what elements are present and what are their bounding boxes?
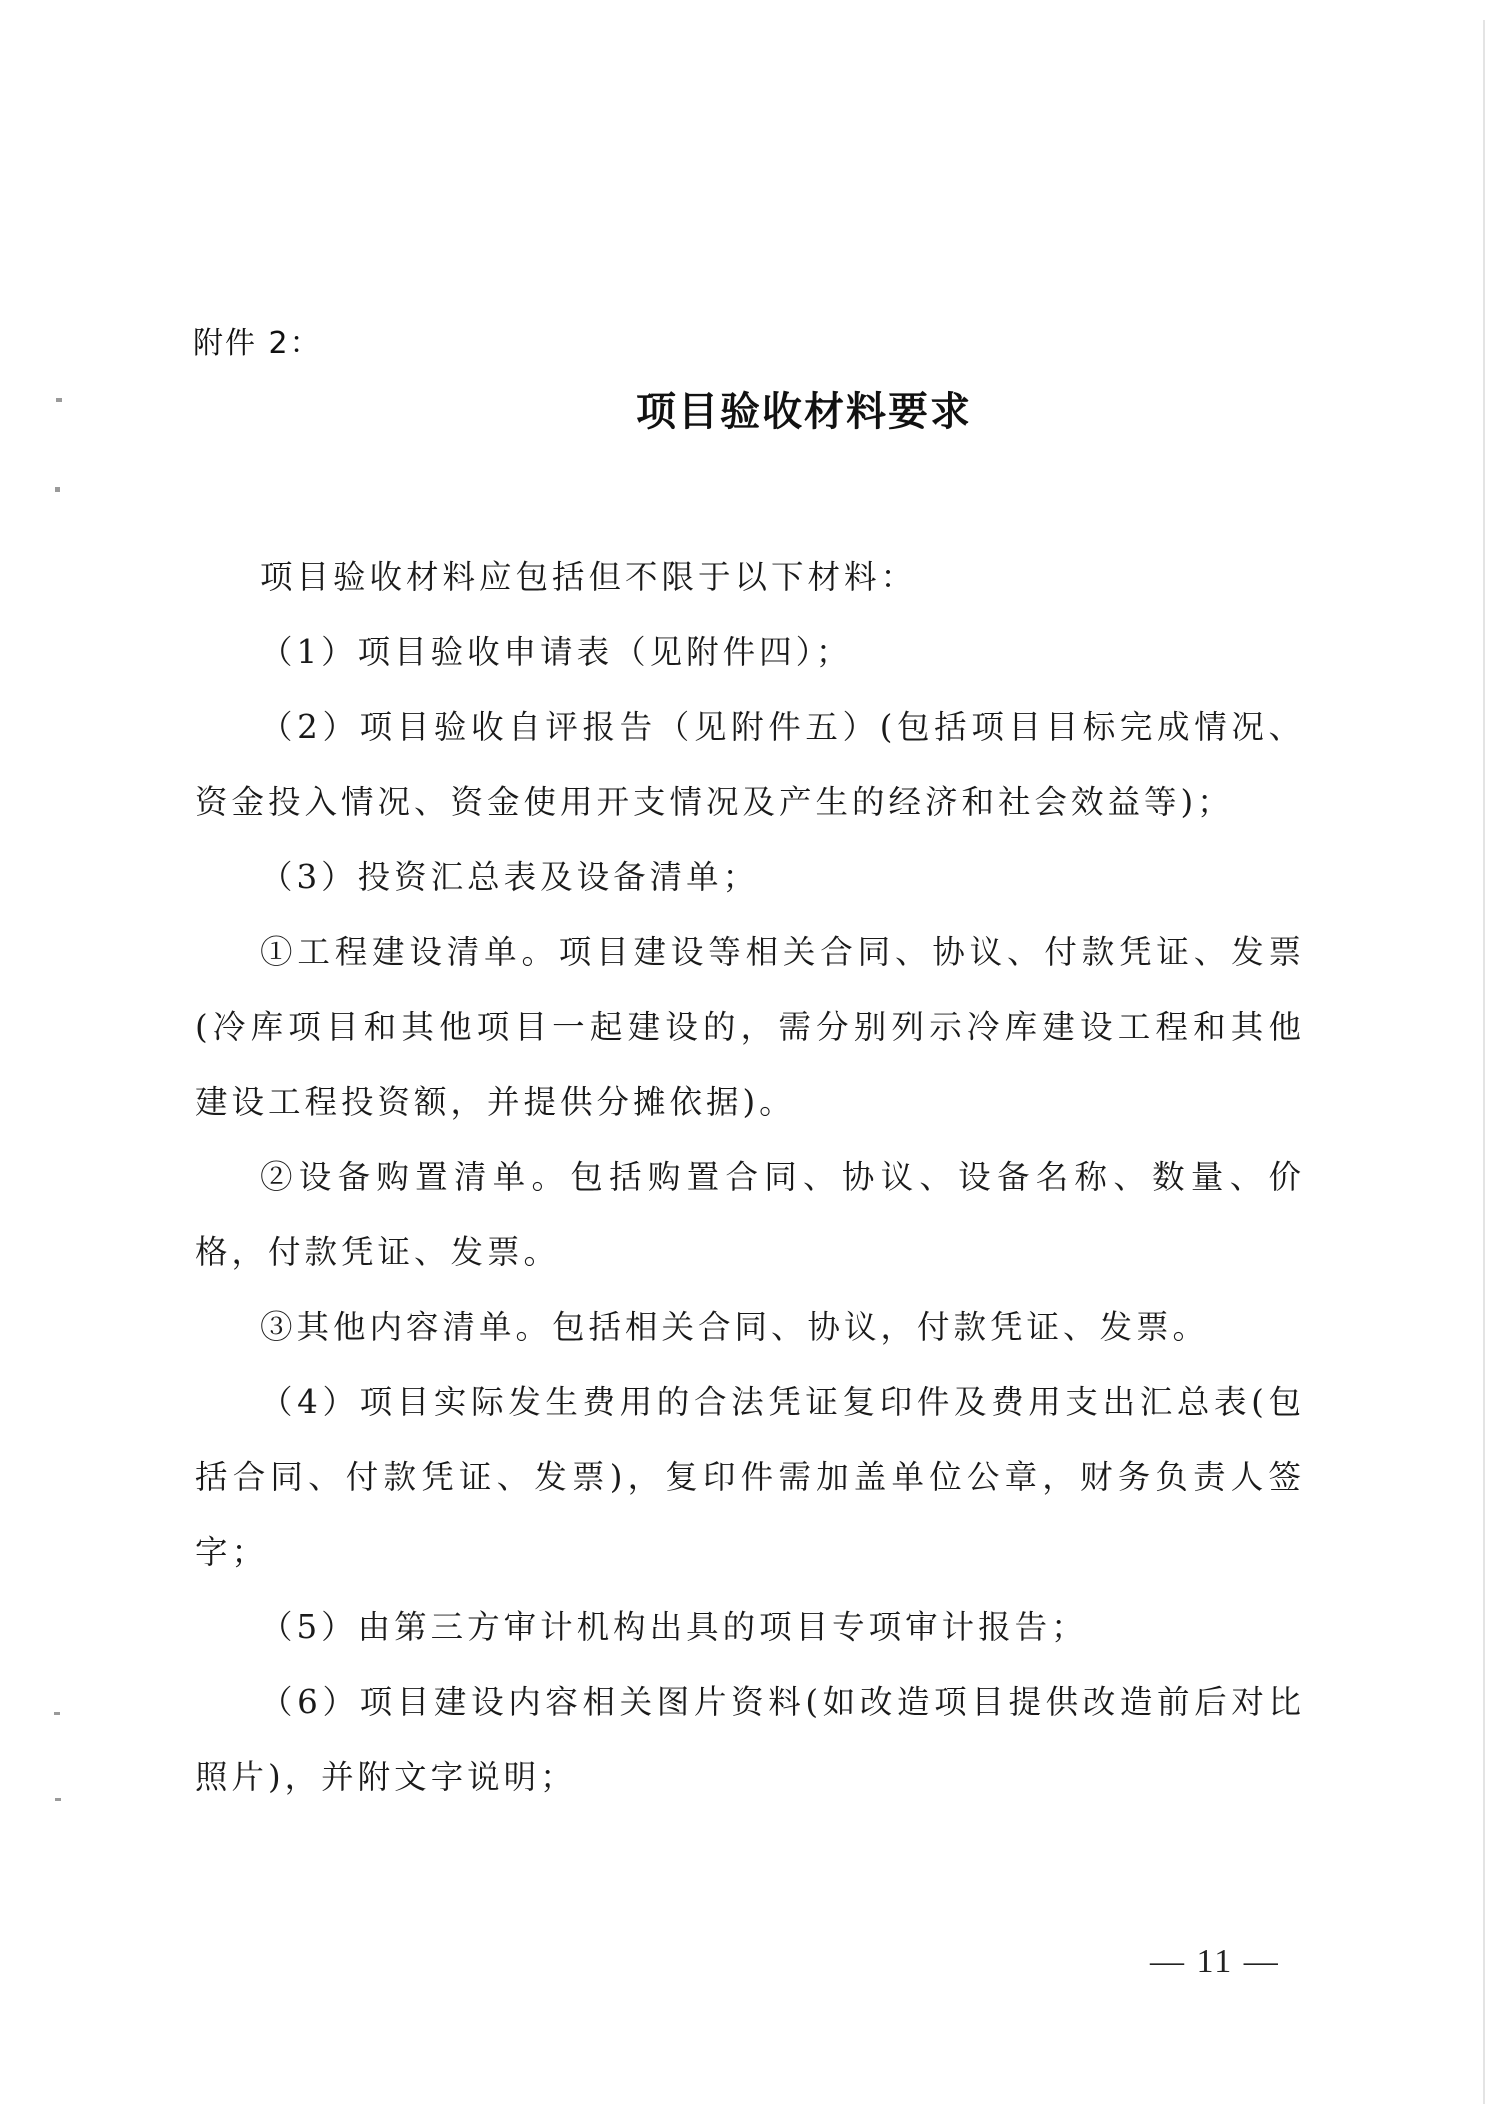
binding-mark (54, 1712, 60, 1715)
attachment-label: 附件 2： (193, 318, 322, 362)
document-title: 项目验收材料要求 (0, 380, 1488, 437)
paragraph-item-5: （5）由第三方审计机构出具的项目专项审计报告； (195, 1590, 1305, 1665)
paragraph-item-3-1: ①工程建设清单。项目建设等相关合同、协议、付款凭证、发票(冷库项目和其他项目一起… (195, 915, 1305, 1140)
page-edge-line (1483, 20, 1485, 2104)
paragraph-item-1: （1）项目验收申请表（见附件四）； (195, 615, 1305, 690)
paragraph-item-2: （2）项目验收自评报告（见附件五）(包括项目目标完成情况、资金投入情况、资金使用… (195, 690, 1305, 840)
binding-mark (55, 487, 60, 492)
paragraph-item-3-2: ②设备购置清单。包括购置合同、协议、设备名称、数量、价格，付款凭证、发票。 (195, 1140, 1305, 1290)
paragraph-item-3-3: ③其他内容清单。包括相关合同、协议，付款凭证、发票。 (195, 1290, 1305, 1365)
paragraph-item-3: （3）投资汇总表及设备清单； (195, 840, 1305, 915)
page-number: — 11 — (1150, 1943, 1280, 1981)
document-page: 附件 2： 项目验收材料要求 项目验收材料应包括但不限于以下材料： （1）项目验… (0, 0, 1488, 2104)
paragraph-intro: 项目验收材料应包括但不限于以下材料： (195, 540, 1305, 615)
binding-mark (55, 1798, 61, 1801)
document-body: 项目验收材料应包括但不限于以下材料： （1）项目验收申请表（见附件四）； （2）… (195, 540, 1305, 1815)
paragraph-item-4: （4）项目实际发生费用的合法凭证复印件及费用支出汇总表(包括合同、付款凭证、发票… (195, 1365, 1305, 1590)
paragraph-item-6: （6）项目建设内容相关图片资料(如改造项目提供改造前后对比照片)，并附文字说明； (195, 1665, 1305, 1815)
